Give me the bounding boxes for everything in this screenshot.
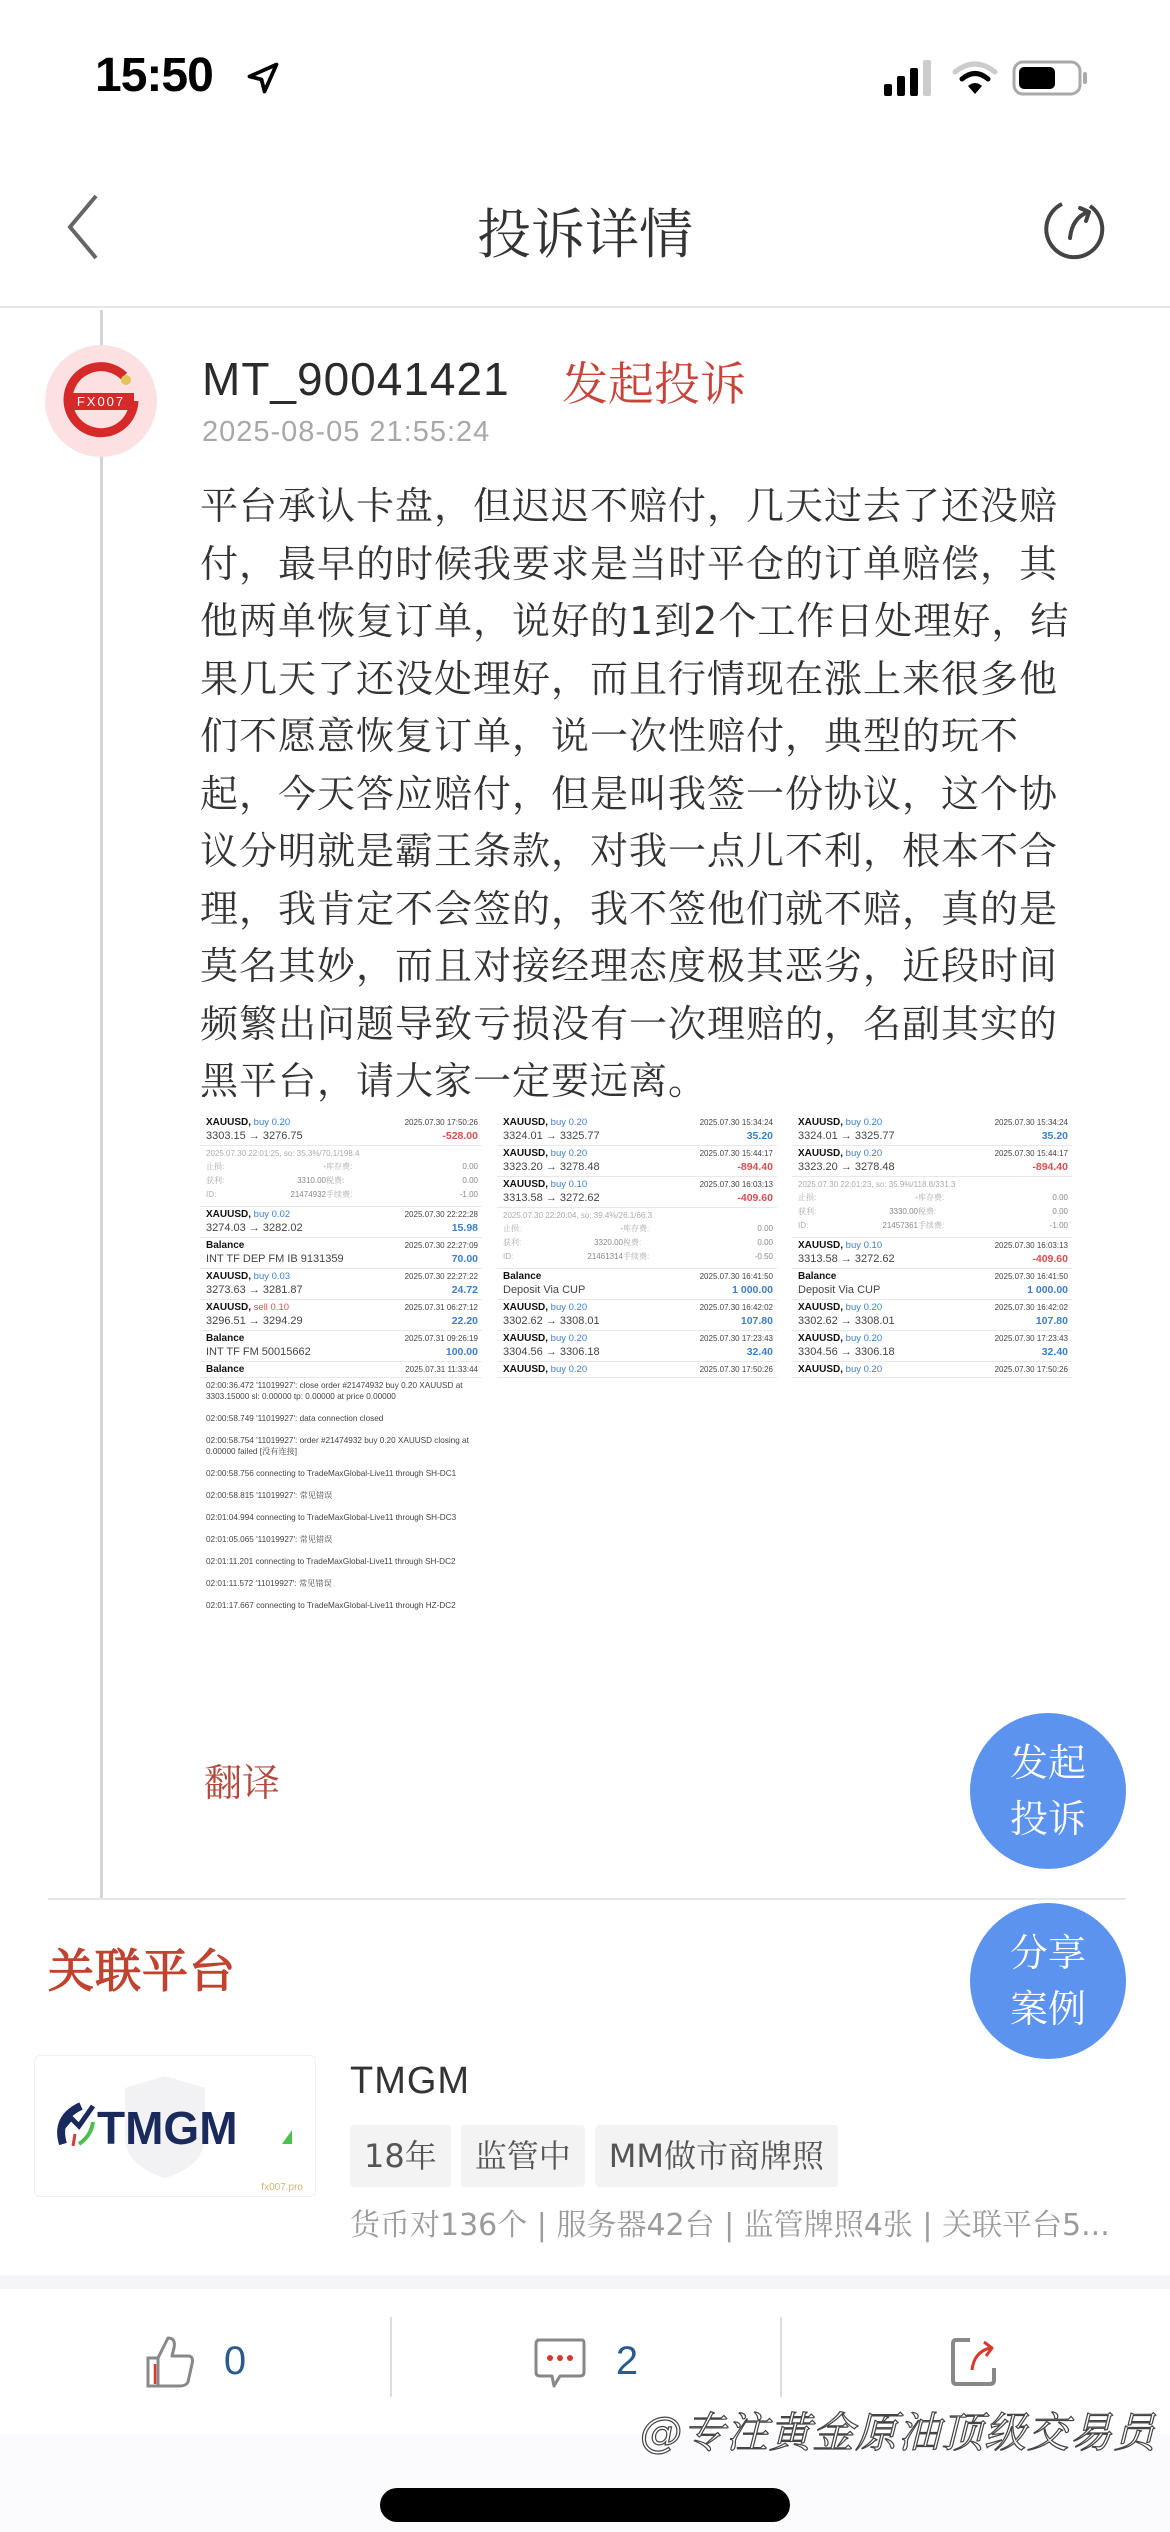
trade-prices: 3274.03 → 3282.02 bbox=[206, 1221, 303, 1236]
trade-time: 2025.07.30 15:34:24 bbox=[995, 1116, 1068, 1129]
evidence-image-3[interactable]: XAUUSD, buy 0.202025.07.30 15:34:243324.… bbox=[792, 1115, 1072, 1378]
trade-prices: 3323.20 → 3278.48 bbox=[503, 1160, 600, 1175]
trade-record: Balance 2025.07.30 16:41:50Deposit Via C… bbox=[497, 1269, 777, 1300]
trade-symbol: XAUUSD, bbox=[206, 1117, 251, 1128]
trade-prices: 3303.15 → 3276.75 bbox=[206, 1129, 303, 1144]
trade-pl: -894.40 bbox=[1032, 1160, 1068, 1175]
complaint-text-line: 付，最早的时候我要求是当时平仓的订单赔偿，其 bbox=[200, 536, 1120, 594]
fee-label: 手续费: bbox=[623, 1250, 678, 1264]
trade-symbol: XAUUSD, bbox=[503, 1179, 548, 1190]
complaint-text-line: 议分明就是霸王条款，对我一点儿不利，根本不合 bbox=[200, 823, 1120, 881]
trade-side: buy 0.20 bbox=[551, 1333, 587, 1344]
section-separator bbox=[0, 2275, 1170, 2289]
trade-pl: -409.60 bbox=[1032, 1252, 1068, 1267]
evidence-image-1[interactable]: XAUUSD, buy 0.202025.07.30 17:50:263303.… bbox=[200, 1115, 482, 1624]
trade-record: XAUUSD, buy 0.102025.07.30 16:03:133313.… bbox=[792, 1238, 1072, 1269]
trade-time: 2025.07.30 16:42:02 bbox=[995, 1301, 1068, 1314]
trade-time: 2025.07.30 17:50:26 bbox=[995, 1363, 1068, 1376]
trade-record: XAUUSD, buy 0.202025.07.30 16:42:023302.… bbox=[497, 1300, 777, 1331]
trade-time: 2025.07.30 15:44:17 bbox=[700, 1147, 773, 1160]
sl-label: 止损: bbox=[503, 1222, 543, 1236]
trade-time: 2025.07.30 16:41:50 bbox=[995, 1270, 1068, 1283]
trade-symbol: XAUUSD, bbox=[798, 1148, 843, 1159]
id-label: ID: bbox=[798, 1219, 838, 1233]
post-timestamp: 2025-08-05 21:55:24 bbox=[202, 416, 490, 449]
complaint-text: 平台承认卡盘，但迟迟不赔付，几天过去了还没赔 付，最早的时候我要求是当时平仓的订… bbox=[200, 478, 1120, 1111]
translate-link[interactable]: 翻译 bbox=[204, 1752, 280, 1807]
trade-record: XAUUSD, buy 0.202025.07.30 17:23:433304.… bbox=[497, 1331, 777, 1362]
watermark-text: @专注黄金原油顶级交易员 bbox=[640, 2400, 1156, 2460]
trade-symbol: XAUUSD, bbox=[503, 1302, 548, 1313]
trade-prices: INT TF FM 50015662 bbox=[206, 1345, 311, 1360]
trade-symbol: XAUUSD, bbox=[798, 1117, 843, 1128]
tag-years: 18年 bbox=[350, 2125, 451, 2187]
battery-icon bbox=[1012, 58, 1090, 98]
start-complaint-button[interactable]: 发起 投诉 bbox=[970, 1713, 1126, 1869]
trade-side: buy 0.20 bbox=[551, 1302, 587, 1313]
comment-count: 2 bbox=[616, 2339, 638, 2384]
tax-label: 税费: bbox=[623, 1236, 678, 1250]
trade-side: buy 0.10 bbox=[551, 1179, 587, 1190]
trade-record: Balance 2025.07.30 22:27:09INT TF DEP FM… bbox=[200, 1238, 482, 1269]
trade-record: Balance 2025.07.31 09:26:19INT TF FM 500… bbox=[200, 1331, 482, 1362]
sl-value: - bbox=[543, 1222, 623, 1236]
trade-time: 2025.07.31 09:26:19 bbox=[405, 1332, 478, 1345]
trade-time: 2025.07.30 17:50:26 bbox=[700, 1363, 773, 1376]
trade-pl: 35.20 bbox=[747, 1129, 773, 1144]
trade-symbol: Balance bbox=[206, 1240, 244, 1251]
trade-pl: 35.20 bbox=[1042, 1129, 1068, 1144]
trade-side: buy 0.20 bbox=[846, 1364, 882, 1375]
log-line: 02:00:58.754 '11019927': order #21474932… bbox=[206, 1435, 476, 1457]
trade-prices: 3273.63 → 3281.87 bbox=[206, 1283, 303, 1298]
trade-record: XAUUSD, buy 0.202025.07.30 15:34:243324.… bbox=[497, 1115, 777, 1146]
complaint-action-tag: 发起投诉 bbox=[562, 348, 746, 414]
tp-value: 3310.00 bbox=[246, 1174, 326, 1188]
swap-value: 0.00 bbox=[678, 1222, 773, 1236]
trade-pl: 107.80 bbox=[741, 1314, 773, 1329]
trade-time: 2025.07.30 15:44:17 bbox=[995, 1147, 1068, 1160]
share-icon bbox=[950, 2334, 1000, 2390]
trade-side: buy 0.10 bbox=[846, 1240, 882, 1251]
thumbs-up-icon bbox=[144, 2334, 196, 2390]
trade-pl: 32.40 bbox=[747, 1345, 773, 1360]
trade-record: XAUUSD, buy 0.202025.07.30 17:23:433304.… bbox=[792, 1331, 1072, 1362]
trade-time: 2025.07.31 06:27:12 bbox=[405, 1301, 478, 1314]
terminal-log: 02:00:36.472 '11019927': close order #21… bbox=[200, 1378, 482, 1624]
trade-detail: 2025.07.30 22:01:23, so: 35.9%/118.8/331… bbox=[792, 1177, 1072, 1238]
trade-time: 2025.07.30 22:27:22 bbox=[405, 1270, 478, 1283]
log-line: 02:01:17.667 connecting to TradeMaxGloba… bbox=[206, 1600, 476, 1611]
trade-record: Balance 2025.07.30 16:41:50Deposit Via C… bbox=[792, 1269, 1072, 1300]
like-count: 0 bbox=[224, 2339, 246, 2384]
nav-bar: 投诉详情 bbox=[0, 150, 1170, 308]
trade-pl: 100.00 bbox=[446, 1345, 478, 1360]
trade-time: 2025.07.31 11:33:44 bbox=[405, 1363, 478, 1376]
trade-time: 2025.07.30 15:34:24 bbox=[700, 1116, 773, 1129]
broker-tags: 18年 监管中 MM做市商牌照 bbox=[350, 2125, 838, 2187]
id-value: 21461314 bbox=[543, 1250, 623, 1264]
trade-symbol: XAUUSD, bbox=[798, 1240, 843, 1251]
trade-prices: 3304.56 → 3306.18 bbox=[798, 1345, 895, 1360]
tp-label: 获利: bbox=[798, 1205, 838, 1219]
trade-record: XAUUSD, buy 0.202025.07.30 17:50:26 bbox=[792, 1362, 1072, 1378]
trade-prices: 3296.51 → 3294.29 bbox=[206, 1314, 303, 1329]
log-line: 02:01:05.065 '11019927': 常见错误 bbox=[206, 1534, 476, 1545]
related-platform-title: 关联平台 bbox=[48, 1935, 236, 2001]
id-label: ID: bbox=[503, 1250, 543, 1264]
trade-side: buy 0.03 bbox=[254, 1271, 290, 1282]
wifi-icon bbox=[952, 60, 998, 96]
tax-value: 0.00 bbox=[973, 1205, 1068, 1219]
complaint-text-line: 果几天了还没处理好，而且行情现在涨上来很多他 bbox=[200, 651, 1120, 709]
trade-record: XAUUSD, sell 0.102025.07.31 06:27:123296… bbox=[200, 1300, 482, 1331]
user-name[interactable]: MT_90041421 bbox=[202, 352, 510, 406]
trade-side: buy 0.20 bbox=[846, 1117, 882, 1128]
trade-pl: -409.60 bbox=[737, 1191, 773, 1206]
trade-symbol: Balance bbox=[503, 1271, 541, 1282]
trade-pl: 22.20 bbox=[452, 1314, 478, 1329]
fee-label: 手续费: bbox=[326, 1188, 381, 1202]
status-icons bbox=[882, 58, 1090, 98]
sl-label: 止损: bbox=[798, 1191, 838, 1205]
broker-logo[interactable]: TMGM fx007.pro bbox=[34, 2055, 316, 2197]
complaint-text-line: 理，我肯定不会签的，我不签他们就不赔，真的是 bbox=[200, 881, 1120, 939]
trade-record: Balance 2025.07.31 11:33:44 bbox=[200, 1362, 482, 1378]
trade-record: XAUUSD, buy 0.022025.07.30 22:22:283274.… bbox=[200, 1207, 482, 1238]
fee-value: -1.00 bbox=[381, 1188, 478, 1202]
location-arrow-icon bbox=[245, 58, 281, 98]
status-bar: 15:50 bbox=[0, 0, 1170, 150]
status-time: 15:50 bbox=[95, 48, 213, 103]
trade-side: buy 0.20 bbox=[846, 1333, 882, 1344]
complaint-text-line: 他两单恢复订单，说好的1到2个工作日处理好，结 bbox=[200, 593, 1120, 651]
tp-label: 获利: bbox=[206, 1174, 246, 1188]
trade-time: 2025.07.30 17:23:43 bbox=[995, 1332, 1068, 1345]
trade-pl: 1 000.00 bbox=[732, 1283, 773, 1298]
complaint-text-line: 莫名其妙，而且对接经理态度极其恶劣，近段时间 bbox=[200, 938, 1120, 996]
trade-prices: 3324.01 → 3325.77 bbox=[503, 1129, 600, 1144]
log-line: 02:00:58.815 '11019927': 常见错误 bbox=[206, 1490, 476, 1501]
trade-symbol: Balance bbox=[206, 1364, 244, 1375]
trade-detail: 2025.07.30 22:20:04, so: 39.4%/26.1/66.3… bbox=[497, 1208, 777, 1269]
trade-pl: 24.72 bbox=[452, 1283, 478, 1298]
trade-time: 2025.07.30 16:03:13 bbox=[995, 1239, 1068, 1252]
id-label: ID: bbox=[206, 1188, 246, 1202]
trade-record: XAUUSD, buy 0.202025.07.30 15:34:243324.… bbox=[792, 1115, 1072, 1146]
detail-line: 2025.07.30 22:01:23, so: 35.9%/118.8/331… bbox=[798, 1180, 955, 1189]
trade-prices: Deposit Via CUP bbox=[503, 1283, 585, 1298]
trade-symbol: XAUUSD, bbox=[503, 1117, 548, 1128]
trade-symbol: XAUUSD, bbox=[503, 1333, 548, 1344]
trade-time: 2025.07.30 17:50:26 bbox=[405, 1116, 478, 1129]
trade-side: buy 0.20 bbox=[254, 1117, 290, 1128]
trade-pl: 70.00 bbox=[452, 1252, 478, 1267]
swap-label: 库存费: bbox=[918, 1191, 973, 1205]
trade-record: XAUUSD, buy 0.202025.07.30 17:50:263303.… bbox=[200, 1115, 482, 1146]
tax-value: 0.00 bbox=[381, 1174, 478, 1188]
trade-record: XAUUSD, buy 0.032025.07.30 22:27:223273.… bbox=[200, 1269, 482, 1300]
id-value: 21457361 bbox=[838, 1219, 918, 1233]
tag-license: MM做市商牌照 bbox=[595, 2125, 838, 2187]
trade-symbol: XAUUSD, bbox=[798, 1364, 843, 1375]
trade-symbol: XAUUSD, bbox=[798, 1333, 843, 1344]
comment-icon bbox=[532, 2334, 588, 2390]
trade-symbol: Balance bbox=[206, 1333, 244, 1344]
tag-regulated: 监管中 bbox=[461, 2125, 585, 2187]
trade-symbol: XAUUSD, bbox=[798, 1302, 843, 1313]
page-title: 投诉详情 bbox=[0, 192, 1170, 269]
trade-symbol: XAUUSD, bbox=[206, 1209, 251, 1220]
trade-record: XAUUSD, buy 0.202025.07.30 15:44:173323.… bbox=[792, 1146, 1072, 1177]
trade-side: buy 0.20 bbox=[846, 1148, 882, 1159]
trade-symbol: Balance bbox=[798, 1271, 836, 1282]
share-case-button[interactable]: 分享 案例 bbox=[970, 1903, 1126, 2059]
trade-prices: 3323.20 → 3278.48 bbox=[798, 1160, 895, 1175]
svg-text:TMGM: TMGM bbox=[97, 2102, 238, 2154]
refresh-icon[interactable] bbox=[1040, 192, 1110, 262]
complaint-text-line: 黑平台，请大家一定要远离。 bbox=[200, 1053, 1120, 1111]
tax-label: 税费: bbox=[918, 1205, 973, 1219]
trade-detail: 2025.07.30 22:01:25, so: 35.3%/70.1/198.… bbox=[200, 1146, 482, 1207]
tax-label: 税费: bbox=[326, 1174, 381, 1188]
trade-side: buy 0.20 bbox=[846, 1302, 882, 1313]
evidence-image-2[interactable]: XAUUSD, buy 0.202025.07.30 15:34:243324.… bbox=[497, 1115, 777, 1378]
trade-symbol: XAUUSD, bbox=[206, 1302, 251, 1313]
log-line: 02:01:11.201 connecting to TradeMaxGloba… bbox=[206, 1556, 476, 1567]
trade-prices: INT TF DEP FM IB 9131359 bbox=[206, 1252, 344, 1267]
trade-pl: -894.40 bbox=[737, 1160, 773, 1175]
fx007-logo-icon: FX007 bbox=[56, 356, 146, 446]
signal-icon bbox=[882, 58, 938, 98]
fee-label: 手续费: bbox=[918, 1219, 973, 1233]
trade-side: buy 0.20 bbox=[551, 1148, 587, 1159]
fee-value: -1.00 bbox=[973, 1219, 1068, 1233]
broker-name[interactable]: TMGM bbox=[350, 2060, 470, 2103]
trade-record: XAUUSD, buy 0.202025.07.30 17:50:26 bbox=[497, 1362, 777, 1378]
log-line: 02:00:58.756 connecting to TradeMaxGloba… bbox=[206, 1468, 476, 1479]
trade-symbol: XAUUSD, bbox=[206, 1271, 251, 1282]
section-divider bbox=[48, 1898, 1126, 1900]
log-line: 02:00:58.749 '11019927': data connection… bbox=[206, 1413, 476, 1424]
trade-side: buy 0.20 bbox=[551, 1117, 587, 1128]
sl-value: - bbox=[246, 1160, 326, 1174]
trade-time: 2025.07.30 16:42:02 bbox=[700, 1301, 773, 1314]
log-line: 02:01:11.572 '11019927': 常见错误 bbox=[206, 1578, 476, 1589]
trade-prices: 3302.62 → 3308.01 bbox=[503, 1314, 600, 1329]
trade-symbol: XAUUSD, bbox=[503, 1364, 548, 1375]
swap-label: 库存费: bbox=[326, 1160, 381, 1174]
complaint-text-line: 平台承认卡盘，但迟迟不赔付，几天过去了还没赔 bbox=[200, 478, 1120, 536]
tp-value: 3320.00 bbox=[543, 1236, 623, 1250]
detail-line: 2025.07.30 22:01:25, so: 35.3%/70.1/198.… bbox=[206, 1149, 359, 1158]
timeline-line bbox=[100, 310, 103, 1900]
tax-value: 0.00 bbox=[678, 1236, 773, 1250]
fab-label: 案例 bbox=[970, 1981, 1126, 2037]
fab-label: 投诉 bbox=[970, 1791, 1126, 1847]
complaint-text-line: 起，今天答应赔付，但是叫我签一份协议，这个协 bbox=[200, 766, 1120, 824]
trade-side: sell 0.10 bbox=[254, 1302, 289, 1313]
sl-value: - bbox=[838, 1191, 918, 1205]
trade-prices: 3324.01 → 3325.77 bbox=[798, 1129, 895, 1144]
trade-pl: -528.00 bbox=[442, 1129, 478, 1144]
svg-text:FX007: FX007 bbox=[77, 394, 125, 409]
trade-prices: Deposit Via CUP bbox=[798, 1283, 880, 1298]
trade-pl: 1 000.00 bbox=[1027, 1283, 1068, 1298]
svg-text:fx007.pro: fx007.pro bbox=[261, 2182, 303, 2193]
trade-symbol: XAUUSD, bbox=[503, 1148, 548, 1159]
trade-pl: 107.80 bbox=[1036, 1314, 1068, 1329]
trade-side: buy 0.02 bbox=[254, 1209, 290, 1220]
broker-stats: 货币对136个 | 服务器42台 | 监管牌照4张 | 关联平台5... bbox=[350, 2200, 1150, 2244]
complaint-text-line: 们不愿意恢复订单，说一次性赔付，典型的玩不 bbox=[200, 708, 1120, 766]
avatar[interactable]: FX007 bbox=[45, 345, 157, 457]
trade-prices: 3313.58 → 3272.62 bbox=[798, 1252, 895, 1267]
tp-label: 获利: bbox=[503, 1236, 543, 1250]
like-button[interactable]: 0 bbox=[0, 2289, 390, 2434]
trade-pl: 15.98 bbox=[452, 1221, 478, 1236]
fee-value: -0.50 bbox=[678, 1250, 773, 1264]
trade-time: 2025.07.30 17:23:43 bbox=[700, 1332, 773, 1345]
swap-label: 库存费: bbox=[623, 1222, 678, 1236]
detail-line: 2025.07.30 22:20:04, so: 39.4%/26.1/66.3 bbox=[503, 1211, 652, 1220]
trade-time: 2025.07.30 22:27:09 bbox=[405, 1239, 478, 1252]
trade-prices: 3313.58 → 3272.62 bbox=[503, 1191, 600, 1206]
log-line: 02:01:04.994 connecting to TradeMaxGloba… bbox=[206, 1512, 476, 1523]
log-line: 02:00:36.472 '11019927': close order #21… bbox=[206, 1380, 476, 1402]
trade-time: 2025.07.30 16:41:50 bbox=[700, 1270, 773, 1283]
trade-record: XAUUSD, buy 0.102025.07.30 16:03:133313.… bbox=[497, 1177, 777, 1208]
swap-value: 0.00 bbox=[381, 1160, 478, 1174]
tp-value: 3330.00 bbox=[838, 1205, 918, 1219]
trade-prices: 3302.62 → 3308.01 bbox=[798, 1314, 895, 1329]
trade-record: XAUUSD, buy 0.202025.07.30 15:44:173323.… bbox=[497, 1146, 777, 1177]
sl-label: 止损: bbox=[206, 1160, 246, 1174]
complaint-text-line: 频繁出问题导致亏损没有一次理赔的，名副其实的 bbox=[200, 996, 1120, 1054]
swap-value: 0.00 bbox=[973, 1191, 1068, 1205]
fab-label: 发起 bbox=[970, 1735, 1126, 1791]
trade-time: 2025.07.30 22:22:28 bbox=[405, 1208, 478, 1221]
trade-record: XAUUSD, buy 0.202025.07.30 16:42:023302.… bbox=[792, 1300, 1072, 1331]
trade-pl: 32.40 bbox=[1042, 1345, 1068, 1360]
id-value: 21474932 bbox=[246, 1188, 326, 1202]
tmgm-logo-icon: TMGM fx007.pro bbox=[35, 2056, 316, 2197]
fab-label: 分享 bbox=[970, 1925, 1126, 1981]
trade-prices: 3304.56 → 3306.18 bbox=[503, 1345, 600, 1360]
trade-side: buy 0.20 bbox=[551, 1364, 587, 1375]
trade-time: 2025.07.30 16:03:13 bbox=[700, 1178, 773, 1191]
home-indicator[interactable] bbox=[380, 2488, 790, 2522]
